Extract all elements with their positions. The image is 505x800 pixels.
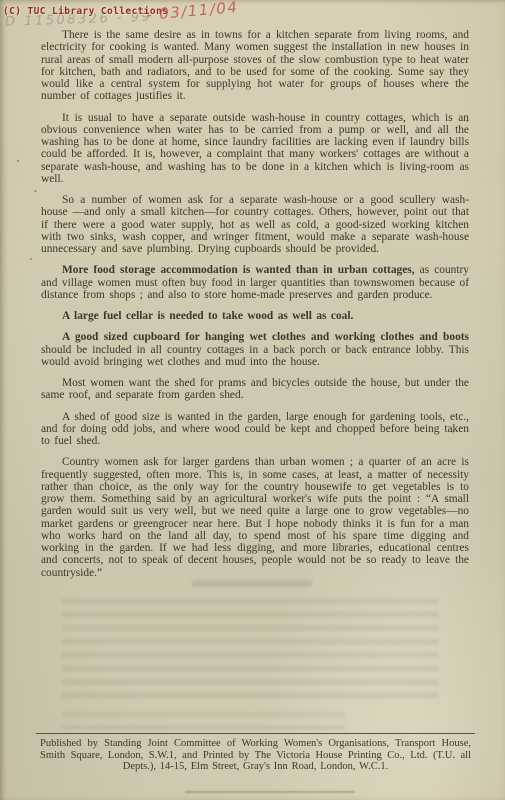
paragraph: A large fuel cellar is needed to take wo… <box>41 310 469 322</box>
show-through-text <box>62 712 345 732</box>
paragraph-text: should be included in all country cottag… <box>41 344 469 368</box>
paragraph-text: There is the same desire as in towns for… <box>41 29 469 102</box>
paragraph: Country women ask for larger gardens tha… <box>41 456 469 579</box>
paragraph-text: Country women ask for larger gardens tha… <box>41 456 469 578</box>
paragraph-bold-lead: A good sized cupboard for hanging wet cl… <box>62 331 469 343</box>
paragraph-text: A shed of good size is wanted in the gar… <box>41 411 469 448</box>
show-through-heading <box>192 580 312 587</box>
paragraph-text: So a number of women ask for a separate … <box>41 194 469 255</box>
paragraph-text: Most women want the shed for prams and b… <box>41 377 469 401</box>
paragraph: More food storage accommodation is wante… <box>41 264 469 301</box>
footer-divider <box>36 733 475 734</box>
paragraph: It is usual to have a separate outside w… <box>41 112 469 186</box>
paragraph: Most women want the shed for prams and b… <box>41 377 469 402</box>
paragraph: So a number of women ask for a separate … <box>41 194 469 255</box>
paper-smudge <box>185 791 355 793</box>
paragraph-text: It is usual to have a separate outside w… <box>41 112 469 185</box>
paragraph: A shed of good size is wanted in the gar… <box>41 411 469 448</box>
show-through-text <box>62 598 439 704</box>
paragraph: A good sized cupboard for hanging wet cl… <box>41 331 469 368</box>
paragraph: There is the same desire as in towns for… <box>41 29 469 103</box>
paragraph-bold-lead: More food storage accommodation is wante… <box>62 264 415 276</box>
scanned-document-page: D 11508326 - 99 (C) TUC Library Collecti… <box>0 0 505 800</box>
publisher-imprint: Published by Standing Joint Committee of… <box>40 738 471 773</box>
paragraph-bold-lead: A large fuel cellar is needed to take wo… <box>62 310 353 322</box>
document-body: There is the same desire as in towns for… <box>0 0 505 588</box>
